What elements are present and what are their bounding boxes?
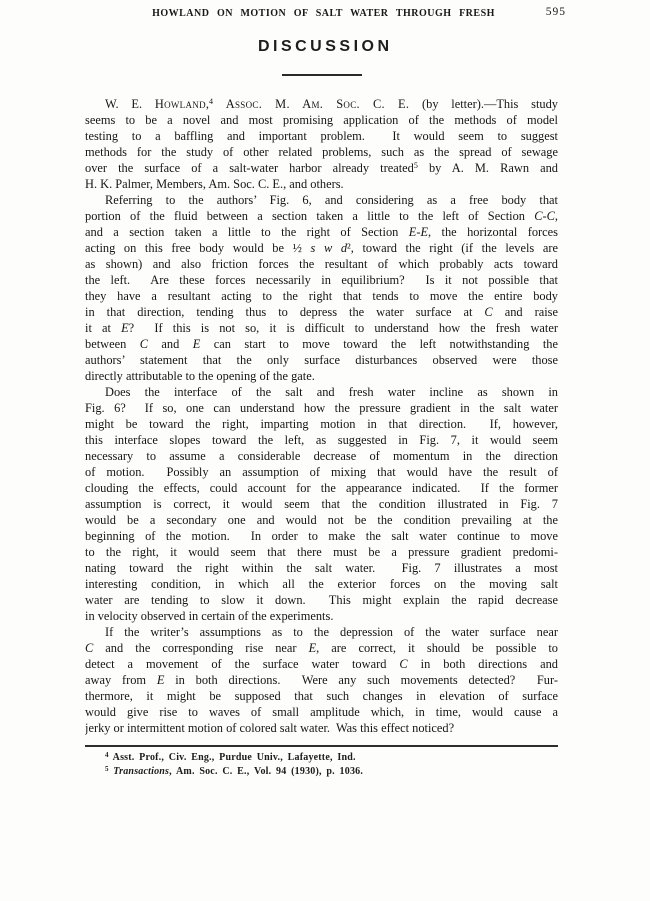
footnotes: 4 Asst. Prof., Civ. Eng., Purdue Univ., … [85,751,558,778]
text-line: H. K. Palmer, Members, Am. Soc. C. E., a… [85,176,558,192]
footnote: 4 Asst. Prof., Civ. Eng., Purdue Univ., … [85,751,558,765]
text-line: Fig. 6? If so, one can understand how th… [85,400,558,416]
text-line: W. E. Howland,4 Assoc. M. Am. Soc. C. E.… [85,96,558,112]
text-line: away from E in both directions. Were any… [85,672,558,688]
footnote-divider [85,745,558,747]
text-line: in that direction, tending thus to depre… [85,304,558,320]
text-line: in velocity observed in certain of the e… [85,608,558,624]
text-line: over the surface of a salt-water harbor … [85,160,558,176]
text-line: seems to be a novel and most promising a… [85,112,558,128]
text-line: would be a secondary one and would not b… [85,512,558,528]
text-line: beginning of the motion. In order to mak… [85,528,558,544]
text-line: necessary to assume a considerable decre… [85,448,558,464]
text-line: the left. Are these forces necessarily i… [85,272,558,288]
text-line: this interface slopes toward the left, a… [85,432,558,448]
text-line: thermore, it might be supposed that such… [85,688,558,704]
text-line: nating toward the right within the salt … [85,560,558,576]
page-number: 595 [546,6,566,18]
text-line: of motion. Possibly an assumption of mix… [85,464,558,480]
text-line: they have a resultant acting to the righ… [85,288,558,304]
document-page: HOWLAND ON MOTION OF SALT WATER THROUGH … [0,0,650,901]
text-line: Does the interface of the salt and fresh… [85,384,558,400]
running-header-title: HOWLAND ON MOTION OF SALT WATER THROUGH … [85,8,562,19]
text-line: detect a movement of the surface water t… [85,656,558,672]
document-body: W. E. Howland,4 Assoc. M. Am. Soc. C. E.… [85,96,558,736]
footnote: 5 Transactions, Am. Soc. C. E., Vol. 94 … [85,765,558,779]
paragraph: Does the interface of the salt and fresh… [85,384,558,624]
text-line: directly attributable to the opening of … [85,368,558,384]
text-line: authors’ statement that the only surface… [85,352,558,368]
text-line: portion of the fluid between a section t… [85,208,558,224]
text-line: methods for the study of other related p… [85,144,558,160]
paragraph: If the writer’s assumptions as to the de… [85,624,558,736]
text-line: it at E? If this is not so, it is diffic… [85,320,558,336]
text-line: acting on this free body would be ½ s w … [85,240,558,256]
text-line: clouding the effects, could account for … [85,480,558,496]
text-line: as shown) and also friction forces the r… [85,256,558,272]
text-line: would give rise to waves of small amplit… [85,704,558,720]
text-line: water are tending to slow it down. This … [85,592,558,608]
text-line: interesting condition, in which all the … [85,576,558,592]
paragraph: Referring to the authors’ Fig. 6, and co… [85,192,558,384]
running-header: HOWLAND ON MOTION OF SALT WATER THROUGH … [85,7,562,21]
text-line: C and the corresponding rise near E, are… [85,640,558,656]
text-line: and a section taken a little to the righ… [85,224,558,240]
page-title: DISCUSSION [85,38,562,56]
title-divider [282,74,362,76]
paragraph: W. E. Howland,4 Assoc. M. Am. Soc. C. E.… [85,96,558,192]
text-line: between C and E can start to move toward… [85,336,558,352]
text-line: assumption is correct, it would seem tha… [85,496,558,512]
text-line: Referring to the authors’ Fig. 6, and co… [85,192,558,208]
text-line: might be toward the right, imparting mot… [85,416,558,432]
text-line: to the right, it would seem that there m… [85,544,558,560]
text-line: If the writer’s assumptions as to the de… [85,624,558,640]
text-line: jerky or intermittent motion of colored … [85,720,558,736]
text-line: testing to a baffling and important prob… [85,128,558,144]
